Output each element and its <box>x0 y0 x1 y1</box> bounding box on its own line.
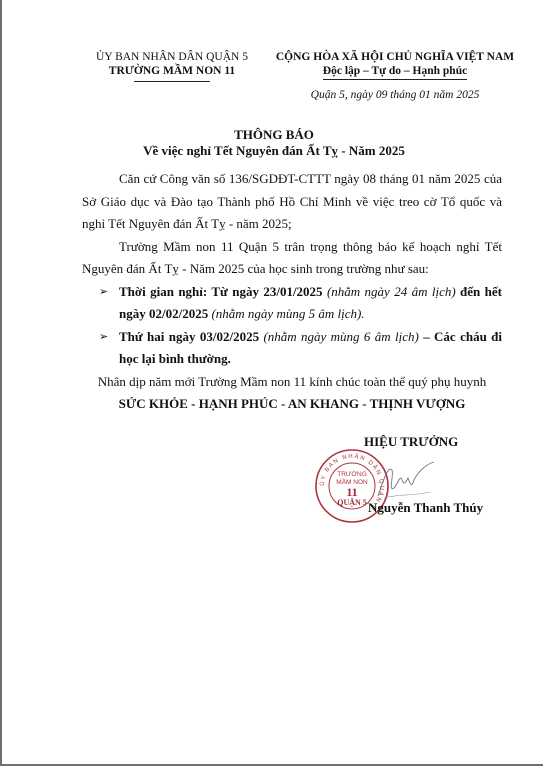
document-page: ỦY BAN NHÂN DÂN QUẬN 5 TRƯỜNG MẦM NON 11… <box>0 0 543 766</box>
signer-name: Nguyễn Thanh Thúy <box>368 500 483 516</box>
new-year-wishes: SỨC KHỎE - HẠNH PHÚC - AN KHANG - THỊNH … <box>82 393 502 416</box>
paragraph-announcement: Trường Mầm non 11 Quận 5 trân trọng thôn… <box>82 236 502 281</box>
arrow-bullet-icon: ➢ <box>99 326 108 349</box>
nation-name: CỘNG HÒA XÃ HỘI CHỦ NGHĨA VIỆT NAM <box>260 50 530 64</box>
title-heading: THÔNG BÁO <box>2 127 544 143</box>
document-body: Căn cứ Công văn số 136/SGDĐT-CTTT ngày 0… <box>82 168 502 416</box>
arrow-bullet-icon: ➢ <box>99 281 108 304</box>
svg-text:11: 11 <box>346 485 357 499</box>
document-title: THÔNG BÁO Về việc nghỉ Tết Nguyên đán Ất… <box>2 127 544 159</box>
issuer-header: ỦY BAN NHÂN DÂN QUẬN 5 TRƯỜNG MẦM NON 11 <box>72 50 272 82</box>
paragraph-legal-basis: Căn cứ Công văn số 136/SGDĐT-CTTT ngày 0… <box>82 168 502 236</box>
national-header: CỘNG HÒA XÃ HỘI CHỦ NGHĨA VIỆT NAM Độc l… <box>260 50 530 102</box>
title-subject: Về việc nghỉ Tết Nguyên đán Ất Tỵ - Năm … <box>2 143 544 159</box>
issuer-school: TRƯỜNG MẦM NON 11 <box>72 64 272 78</box>
svg-text:TRƯỜNG: TRƯỜNG <box>337 469 367 478</box>
signer-role: HIỆU TRƯỞNG <box>364 434 458 450</box>
header-underline <box>134 81 210 82</box>
place-date: Quận 5, ngày 09 tháng 01 năm 2025 <box>260 88 530 102</box>
svg-text:QUẬN 5: QUẬN 5 <box>337 498 367 507</box>
list-item-holiday-period: ➢ Thời gian nghỉ: Từ ngày 23/01/2025 (nh… <box>82 281 502 326</box>
closing-greeting: Nhân dịp năm mới Trường Mầm non 11 kính … <box>82 371 502 394</box>
national-motto: Độc lập – Tự do – Hạnh phúc <box>323 64 467 80</box>
list-item-return-date: ➢ Thứ hai ngày 03/02/2025 (nhằm ngày mùn… <box>82 326 502 371</box>
issuer-organization: ỦY BAN NHÂN DÂN QUẬN 5 <box>72 50 272 64</box>
